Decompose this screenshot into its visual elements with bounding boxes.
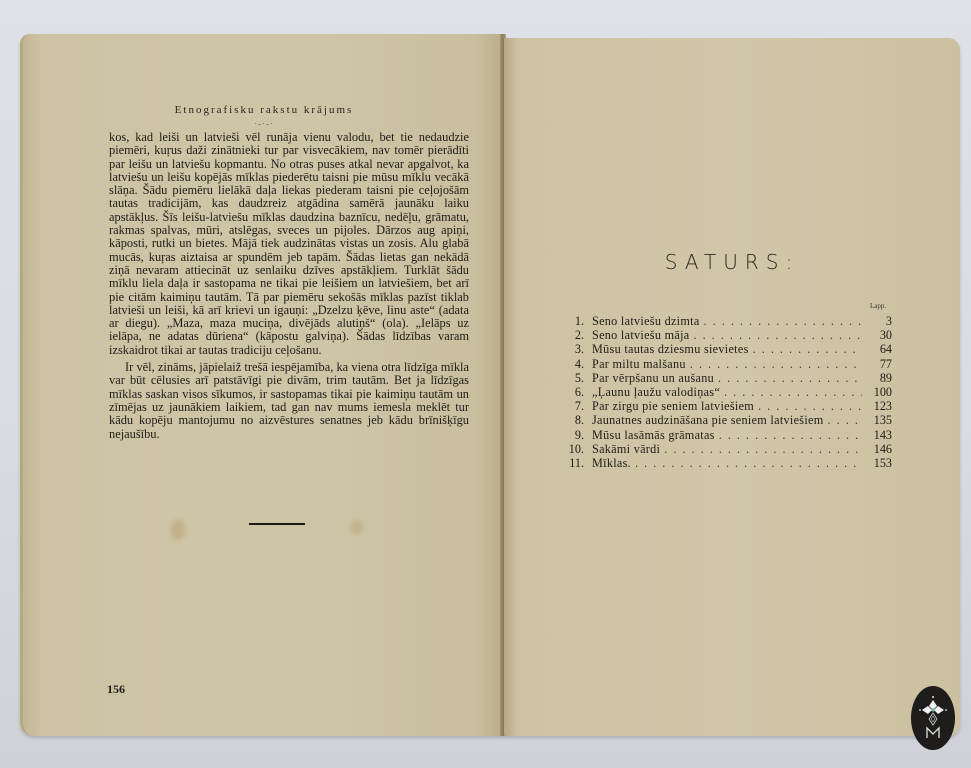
leader-dots [828,413,862,427]
running-head: Etnografisku rakstu krājums [23,104,505,116]
toc-entry: 6.„Ļaunu ļaužu valodiņas“100 [562,385,892,399]
leader-dots [724,385,862,399]
toc-entry-label: Seno latviešu dzimta [592,314,700,328]
leader-dots [635,456,862,470]
toc-title: SATURS: [504,250,960,274]
toc-entry: 8.Jaunatnes audzināšana pie seniem latvi… [562,413,892,427]
toc-page-column-header: Lapp. [870,302,886,310]
toc-entry-number: 7. [562,399,584,413]
toc-entry-number: 2. [562,328,584,342]
right-page: SATURS: Lapp. 1.Seno latviešu dzimta3 2.… [504,38,960,736]
leader-dots [758,399,862,413]
leader-dots [719,428,862,442]
toc-entry-label: Par vērpšanu un aušanu [592,371,714,385]
toc-entry-number: 9. [562,428,584,442]
toc-entry-number: 4. [562,357,584,371]
toc-entry-page: 135 [866,413,892,427]
body-text: kos, kad leiši un latvieši vēl runāja vi… [109,131,469,441]
toc-entry-label: Mīklas. [592,456,631,470]
folk-ornament-logo-icon [911,686,955,750]
toc-entry-page: 146 [866,442,892,456]
leader-dots [718,371,862,385]
toc-entry: 9.Mūsu lasāmās grāmatas143 [562,428,892,442]
toc-entry-page: 77 [866,357,892,371]
toc-entry: 1.Seno latviešu dzimta3 [562,314,892,328]
toc-entry-label: Sakāmi vārdi [592,442,660,456]
running-head-ornament: ·–·–· [23,120,505,128]
leader-dots [753,342,862,356]
toc-entry: 7.Par zirgu pie seniem latviešiem123 [562,399,892,413]
toc-entry-number: 6. [562,385,584,399]
toc-entry-page: 100 [866,385,892,399]
toc-entry-page: 153 [866,456,892,470]
toc-entry-page: 143 [866,428,892,442]
toc-entry-label: Jaunatnes audzināšana pie seniem latvieš… [592,413,824,427]
paper-stain [171,520,185,540]
paper-stain [351,520,363,534]
left-page: Etnografisku rakstu krājums ·–·–· kos, k… [20,34,505,736]
toc-entry: 5.Par vērpšanu un aušanu89 [562,371,892,385]
table-of-contents: 1.Seno latviešu dzimta3 2.Seno latviešu … [562,314,892,470]
toc-entry: 11.Mīklas.153 [562,456,892,470]
toc-entry-page: 89 [866,371,892,385]
ornament-mark-icon [918,694,948,742]
toc-entry-label: Par zirgu pie seniem latviešiem [592,399,754,413]
leader-dots [690,357,862,371]
page-number: 156 [107,682,125,697]
toc-entry-label: Mūsu tautas dziesmu sievietes [592,342,749,356]
toc-entry-number: 11. [562,456,584,470]
toc-entry: 2.Seno latviešu māja30 [562,328,892,342]
toc-entry-number: 3. [562,342,584,356]
paragraph-1: kos, kad leiši un latvieši vēl runāja vi… [109,131,469,357]
toc-entry-page: 30 [866,328,892,342]
section-end-rule [249,523,305,525]
toc-entry-number: 5. [562,371,584,385]
toc-entry-page: 123 [866,399,892,413]
toc-entry-number: 10. [562,442,584,456]
paragraph-2: Ir vēl, zināms, jāpielaiž trešā iespējam… [109,361,469,441]
toc-entry-label: Mūsu lasāmās grāmatas [592,428,715,442]
toc-entry: 3.Mūsu tautas dziesmu sievietes64 [562,342,892,356]
toc-entry-number: 8. [562,413,584,427]
toc-entry-label: Seno latviešu māja [592,328,689,342]
toc-entry: 10.Sakāmi vārdi146 [562,442,892,456]
leader-dots [664,442,862,456]
toc-entry: 4.Par miltu malšanu77 [562,357,892,371]
leader-dots [693,328,862,342]
toc-entry-number: 1. [562,314,584,328]
toc-entry-label: Par miltu malšanu [592,357,686,371]
toc-entry-label: „Ļaunu ļaužu valodiņas“ [592,385,720,399]
toc-entry-page: 64 [866,342,892,356]
leader-dots [704,314,862,328]
toc-entry-page: 3 [866,314,892,328]
